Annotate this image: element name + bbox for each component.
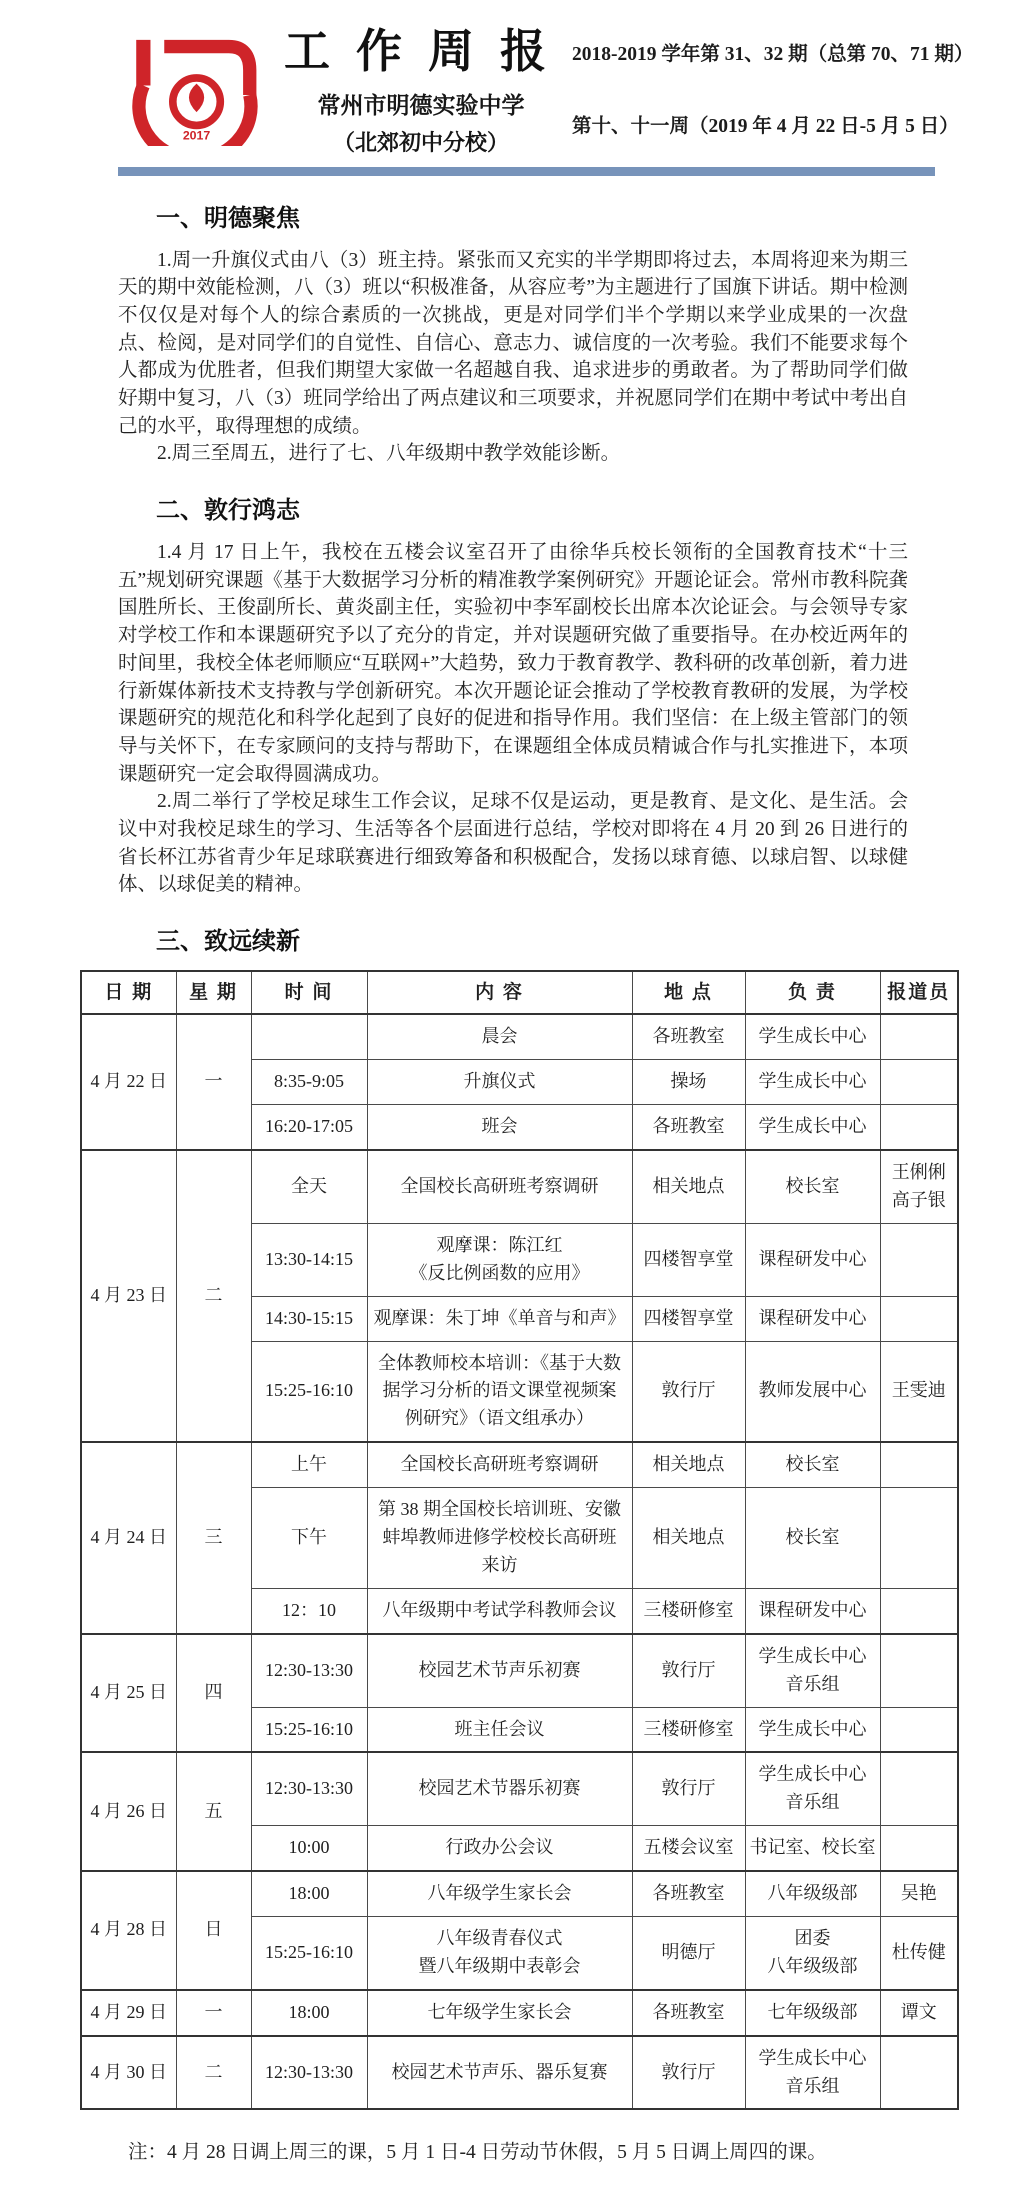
col-header-place: 地 点 (632, 971, 745, 1014)
section-2-paragraph-1: 1.4 月 17 日上午，我校在五楼会议室召开了由徐华兵校长领衔的全国教育技术“… (118, 539, 908, 788)
content-cell: 班会 (367, 1105, 632, 1150)
logo-year-text: 2017 (183, 129, 211, 143)
col-header-date: 日 期 (81, 971, 176, 1014)
content-cell: 班主任会议 (367, 1707, 632, 1752)
place-cell: 各班教室 (632, 1105, 745, 1150)
place-cell: 三楼研修室 (632, 1707, 745, 1752)
weekday-cell: 三 (176, 1442, 251, 1633)
issue-number: 2018-2019 学年第 31、32 期（总第 70、71 期） (572, 38, 973, 66)
reporter-cell: 吴艳 (880, 1871, 958, 1916)
reporter-cell (880, 1223, 958, 1296)
schedule-row: 4 月 25 日四12:30-13:30校园艺术节声乐初赛敦行厅学生成长中心 音… (81, 1634, 958, 1707)
content-cell: 七年级学生家长会 (367, 1990, 632, 2036)
time-cell: 16:20-17:05 (251, 1105, 367, 1150)
place-cell: 相关地点 (632, 1442, 745, 1487)
place-cell: 四楼智享堂 (632, 1296, 745, 1341)
date-cell: 4 月 29 日 (81, 1990, 176, 2036)
owner-cell: 学生成长中心 音乐组 (745, 1752, 880, 1825)
content-cell: 校园艺术节声乐、器乐复赛 (367, 2036, 632, 2110)
date-cell: 4 月 26 日 (81, 1752, 176, 1871)
schedule-row: 4 月 23 日二全天全国校长高研班考察调研相关地点校长室王俐俐 高子银 (81, 1150, 958, 1223)
content-cell: 晨会 (367, 1014, 632, 1059)
content-cell: 观摩课：朱丁坤《单音与和声》 (367, 1296, 632, 1341)
weekly-report-page: 2017 工作周报 常州市明德实验中学 （北郊初中分校） 2018-2019 学… (0, 0, 1024, 2204)
time-cell: 8:35-9:05 (251, 1060, 367, 1105)
logo-teardrop (189, 84, 204, 113)
time-cell: 15:25-16:10 (251, 1916, 367, 1989)
place-cell: 各班教室 (632, 1990, 745, 2036)
time-cell: 上午 (251, 1442, 367, 1487)
content-cell: 全国校长高研班考察调研 (367, 1442, 632, 1487)
time-cell: 12:30-13:30 (251, 1634, 367, 1707)
content-cell: 八年级青春仪式 暨八年级期中表彰会 (367, 1916, 632, 1989)
branch-name: （北郊初中分校） (270, 126, 572, 157)
school-logo-icon: 2017 (112, 26, 264, 146)
col-header-week: 星 期 (176, 971, 251, 1014)
title-block: 工作周报 常州市明德实验中学 （北郊初中分校） (270, 26, 572, 157)
owner-cell: 课程研发中心 (745, 1223, 880, 1296)
col-header-owner: 负 责 (745, 971, 880, 1014)
time-cell: 下午 (251, 1488, 367, 1589)
owner-cell: 团委 八年级级部 (745, 1916, 880, 1989)
report-body: 一、明德聚焦 1.周一升旗仪式由八（3）班主持。紧张而又充实的半学期即将过去，本… (0, 198, 1024, 956)
issue-week-range: 第十、十一周（2019 年 4 月 22 日-5 月 5 日） (572, 110, 973, 138)
reporter-cell (880, 1442, 958, 1487)
footnote: 注：4 月 28 日调上周三的课，5 月 1 日-4 日劳动节休假，5 月 5 … (128, 2136, 1024, 2164)
place-cell: 敦行厅 (632, 1634, 745, 1707)
place-cell: 各班教室 (632, 1014, 745, 1059)
date-cell: 4 月 28 日 (81, 1871, 176, 1990)
weekday-cell: 一 (176, 1014, 251, 1150)
date-cell: 4 月 24 日 (81, 1442, 176, 1633)
reporter-cell (880, 1014, 958, 1059)
section-2-heading: 二、敦行鸿志 (156, 490, 908, 525)
place-cell: 明德厅 (632, 1916, 745, 1989)
owner-cell: 学生成长中心 音乐组 (745, 1634, 880, 1707)
content-cell: 八年级期中考试学科教师会议 (367, 1588, 632, 1633)
weekday-cell: 一 (176, 1990, 251, 2036)
owner-cell: 学生成长中心 (745, 1105, 880, 1150)
col-header-content: 内 容 (367, 971, 632, 1014)
schedule-row: 4 月 26 日五12:30-13:30校园艺术节器乐初赛敦行厅学生成长中心 音… (81, 1752, 958, 1825)
content-cell: 全体教师校本培训：《基于大数 据学习分析的语文课堂视频案 例研究》（语文组承办） (367, 1341, 632, 1442)
owner-cell: 课程研发中心 (745, 1296, 880, 1341)
content-cell: 行政办公会议 (367, 1826, 632, 1871)
section-3-heading: 三、致远续新 (156, 921, 908, 956)
owner-cell: 八年级级部 (745, 1871, 880, 1916)
schedule-row: 4 月 29 日一18:00七年级学生家长会各班教室七年级级部谭文 (81, 1990, 958, 2036)
reporter-cell: 谭文 (880, 1990, 958, 2036)
owner-cell: 学生成长中心 (745, 1014, 880, 1059)
reporter-cell (880, 2036, 958, 2110)
time-cell: 12:30-13:30 (251, 1752, 367, 1825)
date-cell: 4 月 30 日 (81, 2036, 176, 2110)
reporter-cell (880, 1634, 958, 1707)
weekday-cell: 二 (176, 1150, 251, 1442)
date-cell: 4 月 25 日 (81, 1634, 176, 1753)
date-cell: 4 月 22 日 (81, 1014, 176, 1150)
issue-block: 2018-2019 学年第 31、32 期（总第 70、71 期） 第十、十一周… (572, 26, 973, 138)
reporter-cell (880, 1826, 958, 1871)
schedule-table: 日 期 星 期 时 间 内 容 地 点 负 责 报道员 4 月 22 日一晨会各… (80, 970, 959, 2110)
owner-cell: 学生成长中心 (745, 1060, 880, 1105)
report-header: 2017 工作周报 常州市明德实验中学 （北郊初中分校） 2018-2019 学… (0, 0, 1024, 157)
reporter-cell (880, 1060, 958, 1105)
schedule-row: 4 月 24 日三上午全国校长高研班考察调研相关地点校长室 (81, 1442, 958, 1487)
schedule-row: 4 月 30 日二12:30-13:30校园艺术节声乐、器乐复赛敦行厅学生成长中… (81, 2036, 958, 2110)
content-cell: 校园艺术节声乐初赛 (367, 1634, 632, 1707)
place-cell: 相关地点 (632, 1150, 745, 1223)
time-cell: 15:25-16:10 (251, 1707, 367, 1752)
place-cell: 五楼会议室 (632, 1826, 745, 1871)
col-header-reporter: 报道员 (880, 971, 958, 1014)
owner-cell: 七年级级部 (745, 1990, 880, 2036)
reporter-cell: 王雯迪 (880, 1341, 958, 1442)
schedule-row: 4 月 28 日日18:00八年级学生家长会各班教室八年级级部吴艳 (81, 1871, 958, 1916)
time-cell: 18:00 (251, 1871, 367, 1916)
owner-cell: 学生成长中心 音乐组 (745, 2036, 880, 2110)
header-divider (118, 167, 935, 176)
schedule-table-wrap: 日 期 星 期 时 间 内 容 地 点 负 责 报道员 4 月 22 日一晨会各… (80, 970, 1024, 2110)
time-cell (251, 1014, 367, 1059)
owner-cell: 校长室 (745, 1442, 880, 1487)
owner-cell: 书记室、校长室 (745, 1826, 880, 1871)
owner-cell: 校长室 (745, 1150, 880, 1223)
weekday-cell: 二 (176, 2036, 251, 2110)
place-cell: 相关地点 (632, 1488, 745, 1589)
time-cell: 15:25-16:10 (251, 1341, 367, 1442)
content-cell: 观摩课：陈江红 《反比例函数的应用》 (367, 1223, 632, 1296)
place-cell: 敦行厅 (632, 1341, 745, 1442)
time-cell: 13:30-14:15 (251, 1223, 367, 1296)
weekday-cell: 日 (176, 1871, 251, 1990)
weekday-cell: 四 (176, 1634, 251, 1753)
weekday-cell: 五 (176, 1752, 251, 1871)
time-cell: 10:00 (251, 1826, 367, 1871)
schedule-row: 4 月 22 日一晨会各班教室学生成长中心 (81, 1014, 958, 1059)
content-cell: 校园艺术节器乐初赛 (367, 1752, 632, 1825)
section-1-paragraph-1: 1.周一升旗仪式由八（3）班主持。紧张而又充实的半学期即将过去，本周将迎来为期三… (118, 247, 908, 441)
owner-cell: 学生成长中心 (745, 1707, 880, 1752)
place-cell: 四楼智享堂 (632, 1223, 745, 1296)
reporter-cell (880, 1588, 958, 1633)
section-1-heading: 一、明德聚焦 (156, 198, 908, 233)
reporter-cell (880, 1707, 958, 1752)
schedule-header-row: 日 期 星 期 时 间 内 容 地 点 负 责 报道员 (81, 971, 958, 1014)
owner-cell: 课程研发中心 (745, 1588, 880, 1633)
place-cell: 三楼研修室 (632, 1588, 745, 1633)
owner-cell: 教师发展中心 (745, 1341, 880, 1442)
section-2-paragraph-2: 2.周二举行了学校足球生工作会议，足球不仅是运动，更是教育、是文化、是生活。会议… (118, 788, 908, 899)
place-cell: 各班教室 (632, 1871, 745, 1916)
reporter-cell (880, 1488, 958, 1589)
time-cell: 12：10 (251, 1588, 367, 1633)
time-cell: 18:00 (251, 1990, 367, 2036)
reporter-cell (880, 1752, 958, 1825)
report-title: 工作周报 (270, 26, 572, 77)
reporter-cell (880, 1105, 958, 1150)
date-cell: 4 月 23 日 (81, 1150, 176, 1442)
place-cell: 敦行厅 (632, 2036, 745, 2110)
section-1-paragraph-2: 2.周三至周五，进行了七、八年级期中教学效能诊断。 (118, 440, 908, 468)
content-cell: 全国校长高研班考察调研 (367, 1150, 632, 1223)
content-cell: 八年级学生家长会 (367, 1871, 632, 1916)
owner-cell: 校长室 (745, 1488, 880, 1589)
col-header-time: 时 间 (251, 971, 367, 1014)
school-name: 常州市明德实验中学 (270, 87, 572, 120)
reporter-cell: 杜传健 (880, 1916, 958, 1989)
place-cell: 操场 (632, 1060, 745, 1105)
time-cell: 12:30-13:30 (251, 2036, 367, 2110)
reporter-cell: 王俐俐 高子银 (880, 1150, 958, 1223)
content-cell: 升旗仪式 (367, 1060, 632, 1105)
time-cell: 14:30-15:15 (251, 1296, 367, 1341)
content-cell: 第 38 期全国校长培训班、安徽 蚌埠教师进修学校校长高研班 来访 (367, 1488, 632, 1589)
reporter-cell (880, 1296, 958, 1341)
time-cell: 全天 (251, 1150, 367, 1223)
place-cell: 敦行厅 (632, 1752, 745, 1825)
